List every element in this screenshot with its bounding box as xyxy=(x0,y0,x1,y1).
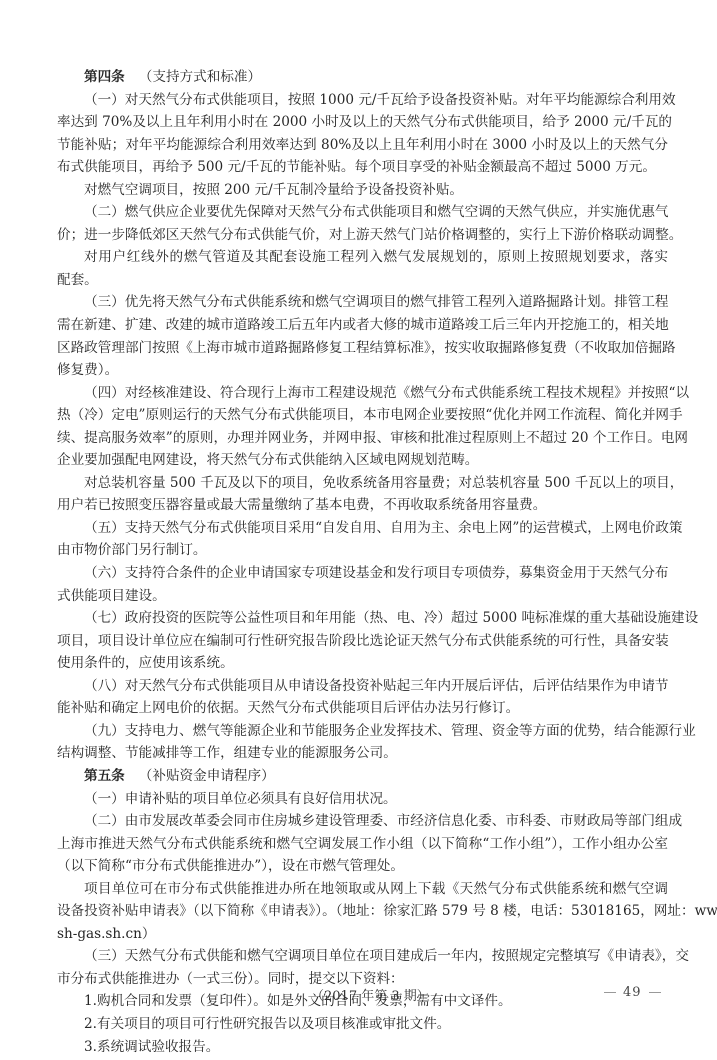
article-title: （补贴资金申请程序） xyxy=(139,768,275,784)
article-title: （支持方式和标准） xyxy=(139,69,261,85)
text-line: 由市物价部门另行制订。 xyxy=(57,539,668,562)
page-number: 49 xyxy=(597,985,668,1000)
document-page: 第四条（支持方式和标准）（一）对天然气分布式供能项目，按照 1000 元/千瓦给… xyxy=(0,0,717,1060)
text-line: 结构调整、节能减排等工作，组建专业的能源服务公司。 xyxy=(57,742,668,765)
text-line: 布式供能项目，再给予 500 元/千瓦的节能补贴。每个项目享受的补贴金额最高不超… xyxy=(57,156,668,179)
text-line: 设备投资补贴申请表》（以下简称《申请表》）。（地址：徐家汇路 579 号 8 楼… xyxy=(57,900,668,923)
text-line: 使用条件的，应使用该系统。 xyxy=(57,652,668,675)
text-line: 对总装机容量 500 千瓦及以下的项目，免收系统备用容量费；对总装机容量 500… xyxy=(57,472,668,495)
text-line: 热（冷）定电”原则运行的天然气分布式供能项目，本市电网企业要按照“优化并网工作流… xyxy=(57,404,668,427)
dash-left xyxy=(604,992,616,993)
text-line: 需在新建、扩建、改建的城市道路竣工后五年内或者大修的城市道路竣工后三年内开挖施工… xyxy=(57,314,668,337)
text-line: sh-gas.sh.cn） xyxy=(57,923,668,946)
body-text: 第四条（支持方式和标准）（一）对天然气分布式供能项目，按照 1000 元/千瓦给… xyxy=(57,66,668,1058)
text-line: （三）优先将天然气分布式供能系统和燃气空调项目的燃气排管工程列入道路掘路计划。排… xyxy=(57,291,668,314)
text-line: 项目单位可在市分布式供能推进办所在地领取或从网上下载《天然气分布式供能系统和燃气… xyxy=(57,878,668,901)
text-line: 式供能项目建设。 xyxy=(57,585,668,608)
article-number: 第四条 xyxy=(84,69,125,85)
section-heading: 第四条（支持方式和标准） xyxy=(57,66,668,89)
text-line: 配套。 xyxy=(57,269,668,292)
text-line: （二）燃气供应企业要优先保障对天然气分布式供能项目和燃气空调的天然气供应，并实施… xyxy=(57,201,668,224)
text-line: 3.系统调试验收报告。 xyxy=(57,1036,668,1059)
text-line: 节能补贴；对年平均能源综合利用效率达到 80%及以上且年利用小时在 3000 小… xyxy=(57,134,668,157)
journal-issue: （2017 年第 3 期） xyxy=(311,985,430,1004)
text-line: 用户若已按照变压器容量或最大需量缴纳了基本电费，不再收取系统备用容量费。 xyxy=(57,494,668,517)
text-line: （五）支持天然气分布式供能项目采用“自发自用、自用为主、余电上网”的运营模式，上… xyxy=(57,517,668,540)
dash-right xyxy=(649,992,661,993)
text-line: 项目，项目设计单位应在编制可行性研究报告阶段比选论证天然气分布式供能系统的可行性… xyxy=(57,630,668,653)
text-line: （六）支持符合条件的企业申请国家专项建设基金和发行项目专项债券，募集资金用于天然… xyxy=(57,562,668,585)
text-line: 价；进一步降低郊区天然气分布式供能气价，对上游天然气门站价格调整的，实行上下游价… xyxy=(57,224,668,247)
text-line: 率达到 70%及以上且年利用小时在 2000 小时及以上的天然气分布式供能项目，… xyxy=(57,111,668,134)
text-line: （一）对天然气分布式供能项目，按照 1000 元/千瓦给予设备投资补贴。对年平均… xyxy=(57,89,668,112)
text-line: （七）政府投资的医院等公益性项目和年用能（热、电、冷）超过 5000 吨标准煤的… xyxy=(57,607,668,630)
article-number: 第五条 xyxy=(84,768,125,784)
text-line: （以下简称“市分布式供能推进办”），设在市燃气管理处。 xyxy=(57,855,668,878)
text-line: （九）支持电力、燃气等能源企业和节能服务企业发挥技术、管理、资金等方面的优势，结… xyxy=(57,720,668,743)
text-line: 能补贴和确定上网电价的依据。天然气分布式供能项目后评估办法另行修订。 xyxy=(57,697,668,720)
page-number-value: 49 xyxy=(623,985,642,1000)
text-line: （一）申请补贴的项目单位必须具有良好信用状况。 xyxy=(57,788,668,811)
text-line: （八）对天然气分布式供能项目从申请设备投资补贴起三年内开展后评估，后评估结果作为… xyxy=(57,675,668,698)
text-line: 区路政管理部门按照《上海市城市道路掘路修复工程结算标准》，按实收取掘路修复费（不… xyxy=(57,337,668,360)
text-line: 续、提高服务效率”的原则，办理并网业务，并网申报、审核和批准过程原则上不超过 2… xyxy=(57,427,668,450)
text-line: （三）天然气分布式供能和燃气空调项目单位在项目建成后一年内，按照规定完整填写《申… xyxy=(57,945,668,968)
text-line: （四）对经核准建设、符合现行上海市工程建设规范《燃气分布式供能系统工程技术规程》… xyxy=(57,382,668,405)
text-line: 对用户红线外的燃气管道及其配套设施工程列入燃气发展规划的，原则上按照规划要求，落… xyxy=(57,246,668,269)
section-heading: 第五条（补贴资金申请程序） xyxy=(57,765,668,788)
text-line: 2.有关项目的项目可行性研究报告以及项目核准或审批文件。 xyxy=(57,1013,668,1036)
text-line: 修复费）。 xyxy=(57,359,668,382)
text-line: 上海市推进天然气分布式供能系统和燃气空调发展工作小组（以下简称“工作小组”），工… xyxy=(57,833,668,856)
text-line: 对燃气空调项目，按照 200 元/千瓦制冷量给予设备投资补贴。 xyxy=(57,179,668,202)
text-line: 企业要加强配电网建设，将天然气分布式供能纳入区域电网规划范畴。 xyxy=(57,449,668,472)
text-line: （二）由市发展改革委会同市住房城乡建设管理委、市经济信息化委、市科委、市财政局等… xyxy=(57,810,668,833)
